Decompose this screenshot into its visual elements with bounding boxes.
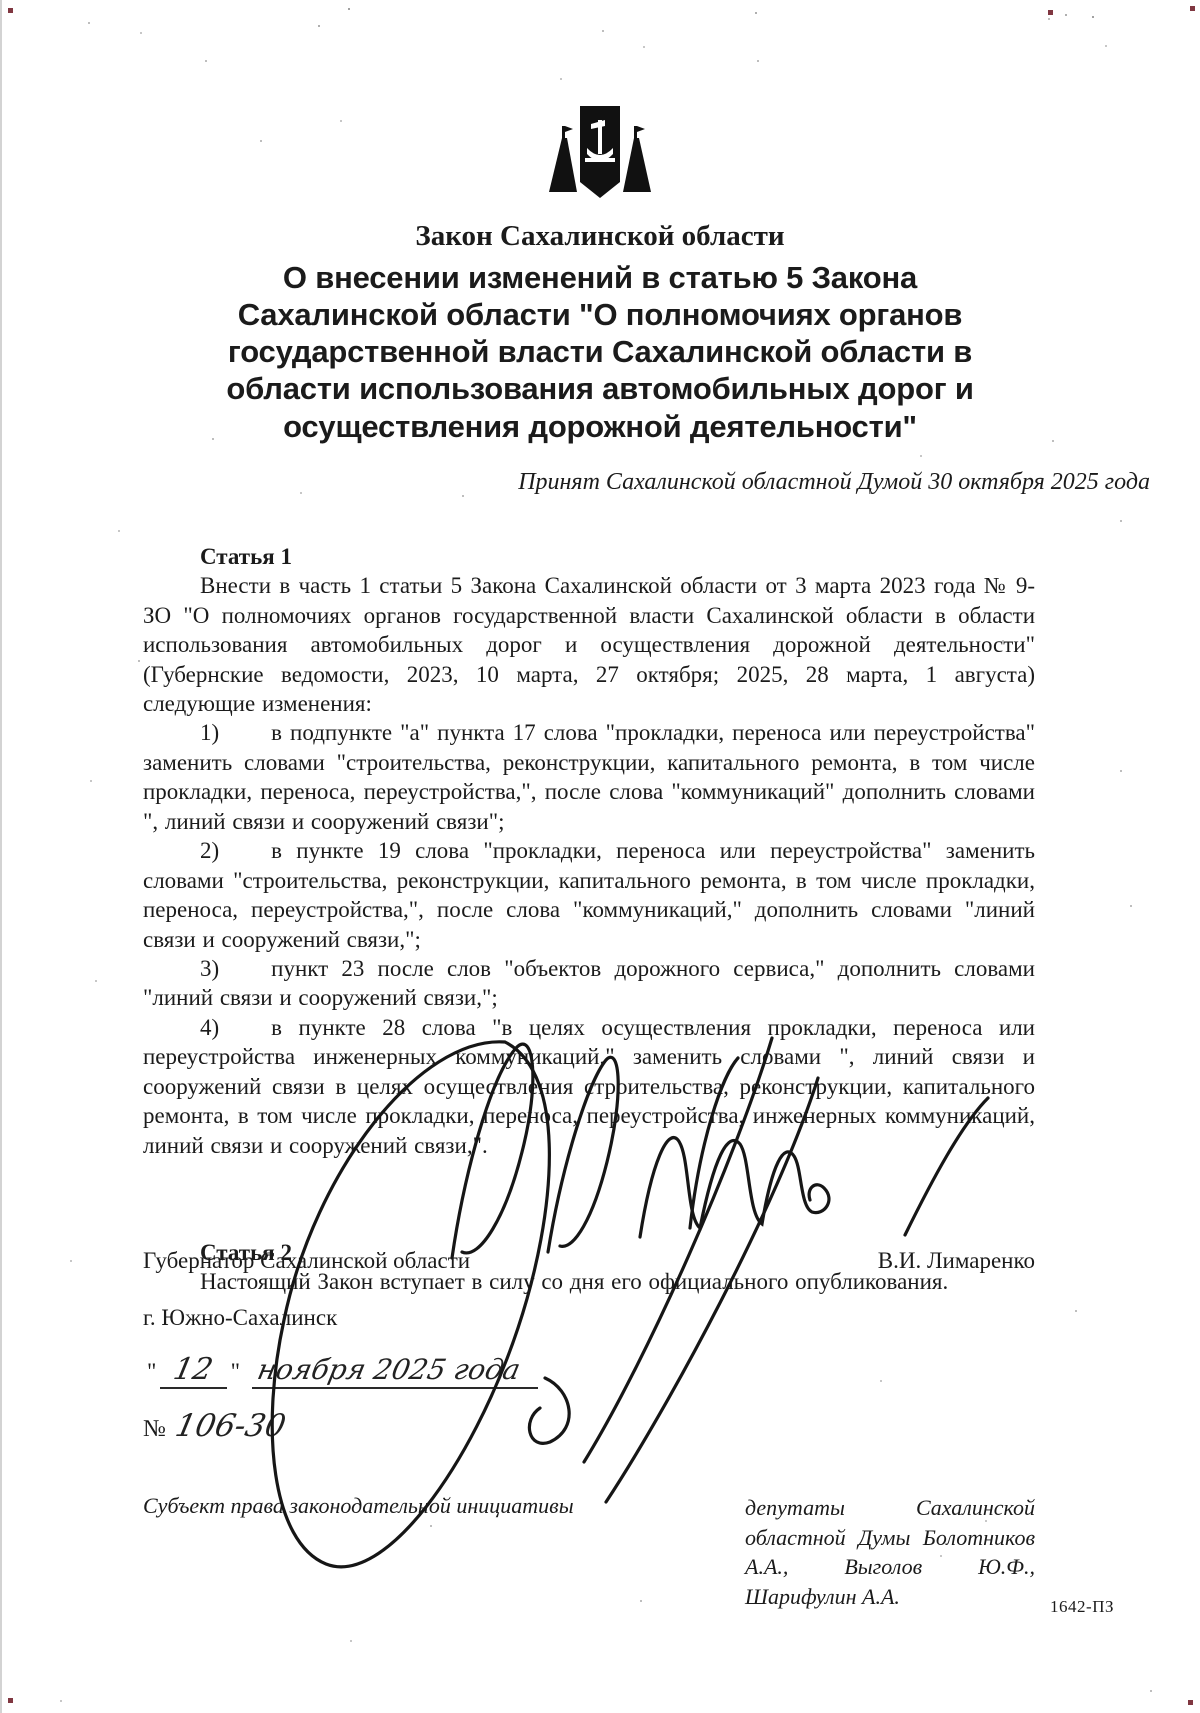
date-line: "12"ноября 2025 года bbox=[143, 1352, 538, 1389]
emblem-right-tower bbox=[623, 138, 651, 192]
law-title-kicker: Закон Сахалинской области bbox=[0, 221, 1200, 253]
adoption-line: Принят Сахалинской областной Думой 30 ок… bbox=[143, 469, 1150, 496]
article-1-item: 2)в пункте 19 слова "прокладки, переноса… bbox=[143, 836, 1035, 954]
item-number: 1) bbox=[200, 720, 271, 745]
emblem-right-flagpole bbox=[634, 126, 637, 138]
item-text: в пункте 28 слова "в целях осуществления… bbox=[143, 1015, 1035, 1158]
law-title: О внесении изменений в статью 5 Закона С… bbox=[215, 259, 985, 445]
document-page: Закон Сахалинской области О внесении изм… bbox=[0, 0, 1200, 1713]
handwritten-day: 12 bbox=[157, 1352, 231, 1387]
initiative-label: Субъект права законодательной инициативы bbox=[143, 1493, 574, 1519]
scan-corner-mark bbox=[1188, 1700, 1193, 1705]
scan-corner-mark bbox=[8, 8, 13, 13]
item-text: в пункте 19 слова "прокладки, переноса и… bbox=[143, 838, 1035, 951]
emblem-left-tower bbox=[549, 138, 577, 192]
scan-corner-mark bbox=[1190, 6, 1195, 11]
item-text: в подпункте "а" пункта 17 слова "проклад… bbox=[143, 720, 1035, 833]
document-code: 1642-ПЗ bbox=[1050, 1597, 1114, 1617]
scan-noise bbox=[0, 0, 2, 2]
item-number: 4) bbox=[200, 1015, 271, 1040]
governor-title: Губернатор Сахалинской области bbox=[143, 1248, 470, 1274]
item-text: пункт 23 после слов "объектов дорожного … bbox=[143, 956, 1035, 1010]
date-day-underline: 12 bbox=[160, 1352, 226, 1389]
scan-edge-line bbox=[0, 0, 2, 1713]
emblem-left-flag bbox=[565, 126, 573, 132]
initiative-deputies: депутаты Сахалинской областной Думы Боло… bbox=[745, 1493, 1035, 1612]
article-1-intro: Внести в часть 1 статьи 5 Закона Сахалин… bbox=[143, 571, 1035, 718]
article-1-item: 4)в пункте 28 слова "в целях осуществлен… bbox=[143, 1013, 1035, 1160]
number-sign: № bbox=[143, 1416, 166, 1442]
article-1-heading: Статья 1 bbox=[143, 542, 1035, 571]
law-number-line: №106-30 bbox=[143, 1408, 285, 1444]
emblem-left-flagpole bbox=[562, 126, 565, 138]
item-number: 3) bbox=[200, 956, 271, 981]
law-body: Статья 1 Внести в часть 1 статьи 5 Закон… bbox=[0, 542, 1200, 1297]
handwritten-month-year: ноября 2025 года bbox=[254, 1353, 523, 1386]
article-1-item: 1)в подпункте "а" пункта 17 слова "прокл… bbox=[143, 718, 1035, 836]
signature-row: Губернатор Сахалинской области В.И. Лима… bbox=[143, 1248, 1035, 1274]
emblem-container bbox=[0, 0, 1200, 205]
coat-of-arms-icon bbox=[525, 96, 675, 200]
scan-corner-mark bbox=[1048, 10, 1053, 15]
scan-corner-mark bbox=[8, 1698, 13, 1703]
date-close-quote: " bbox=[227, 1359, 244, 1384]
initiative-row: Субъект права законодательной инициативы… bbox=[143, 1493, 1035, 1612]
date-month-underline: ноября 2025 года bbox=[252, 1353, 538, 1389]
item-number: 2) bbox=[200, 838, 271, 863]
governor-name: В.И. Лимаренко bbox=[878, 1248, 1035, 1274]
emblem-right-flag bbox=[637, 126, 645, 132]
city-line: г. Южно-Сахалинск bbox=[143, 1305, 337, 1331]
handwritten-law-number: 106-30 bbox=[172, 1408, 289, 1444]
article-1-item: 3)пункт 23 после слов "объектов дорожног… bbox=[143, 954, 1035, 1013]
